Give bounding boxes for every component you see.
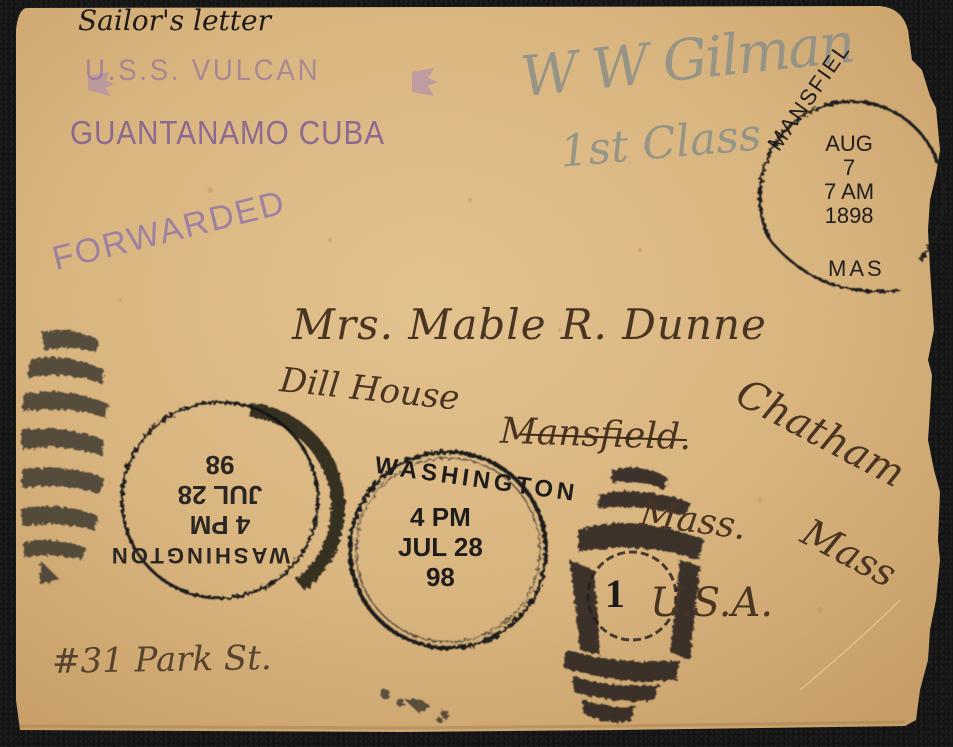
recipient-country: U.S.A. <box>650 580 773 626</box>
postmark-date: JUL 28 <box>150 480 290 510</box>
killer-cancel-number: 1 <box>605 570 625 617</box>
postmark-time: 4 PM <box>398 502 483 532</box>
postmark-year: 98 <box>398 562 483 592</box>
postmark-month: AUG <box>824 132 874 156</box>
envelope-scan: Sailor's letter U.S.S. VULCAN GUANTANAMO… <box>0 0 953 747</box>
postmark-date: JUL 28 <box>398 532 483 562</box>
postmark-year: 1898 <box>824 204 874 228</box>
inverted-postmark: WASHINGTON 4 PM JUL 28 98 <box>120 400 320 600</box>
postmark-arc-text: WASHINGTON <box>373 454 579 506</box>
postmark-time: 4 PM <box>150 510 290 540</box>
ship-name-handstamp: U.S.S. VULCAN <box>85 54 320 88</box>
postmark-day: 7 <box>824 156 874 180</box>
washington-postmark: WASHINGTON 4 PM JUL 28 98 <box>350 450 550 650</box>
return-address: #31 Park St. <box>52 638 272 682</box>
postmark-arc-text: WASHINGTON <box>150 540 290 570</box>
location-handstamp: GUANTANAMO CUBA <box>70 114 385 152</box>
sailors-letter-note: Sailor's letter <box>78 4 271 37</box>
mansfield-postmark: MANSFIEL AUG 7 7 AM 1898 MAS <box>748 82 928 302</box>
postmark-time: 7 AM <box>824 180 874 204</box>
recipient-name: Mrs. Mable R. Dunne <box>292 300 767 349</box>
postmark-state: MAS <box>828 258 885 280</box>
postmark-year: 98 <box>150 450 290 480</box>
